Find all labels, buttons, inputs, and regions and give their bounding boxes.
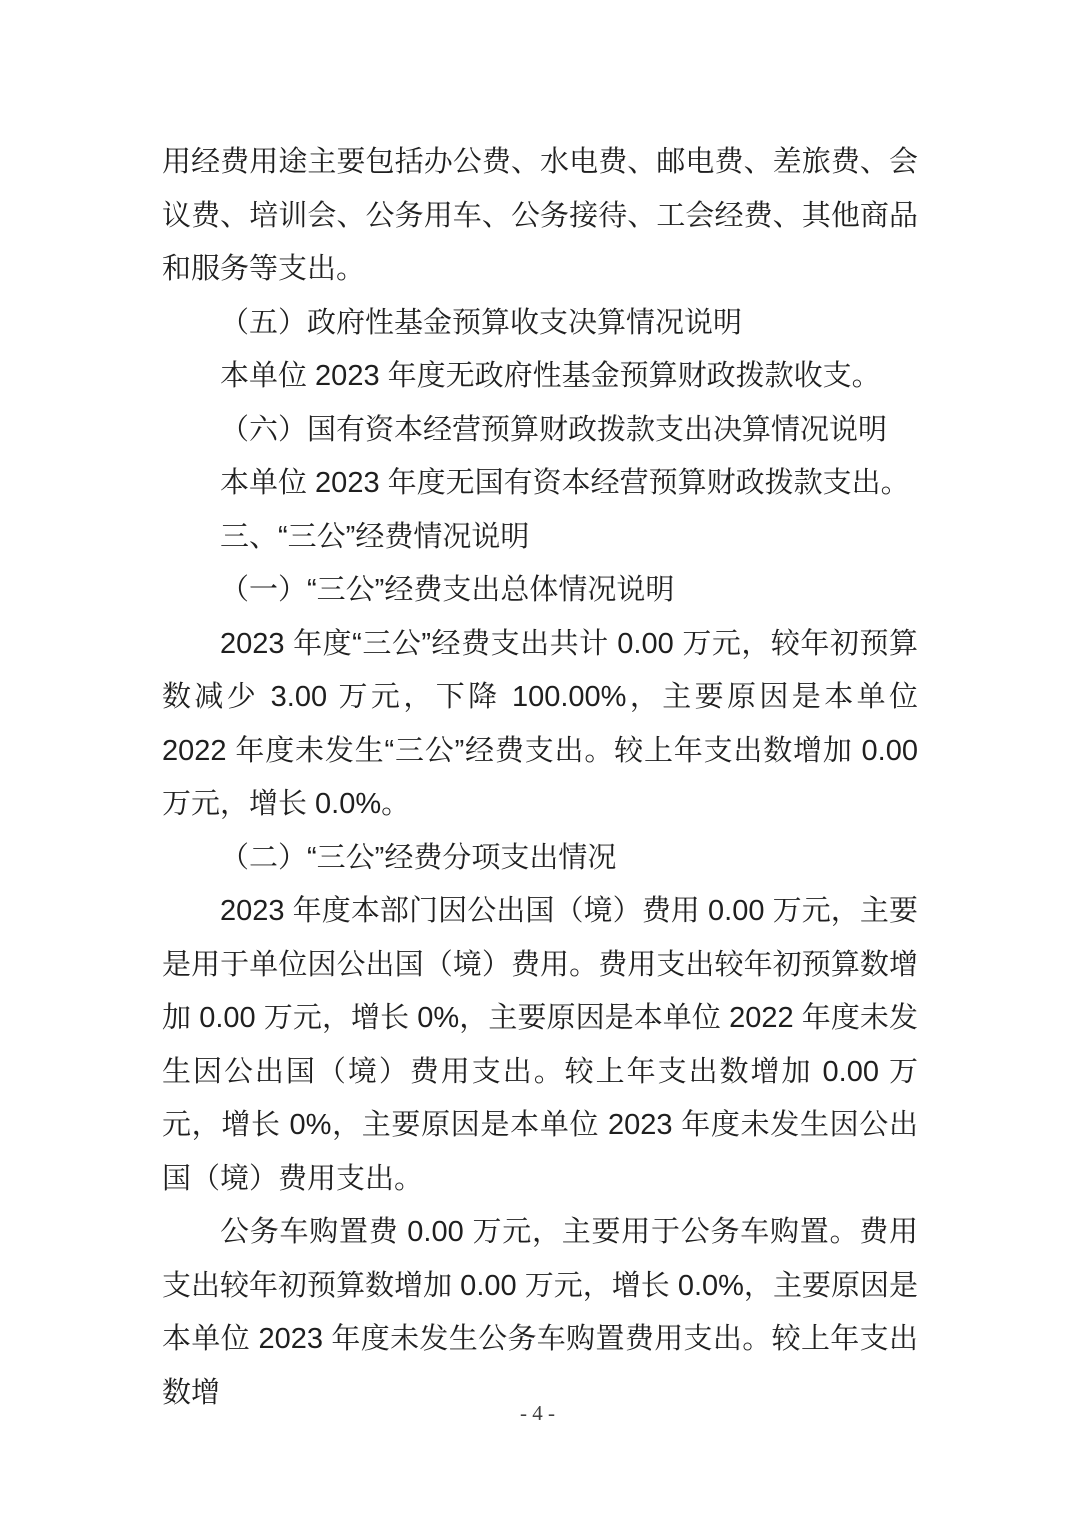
paragraph-overall-situation: 2023 年度“三公”经费支出共计 0.00 万元，较年初预算数减少 3.00 … (162, 618, 918, 832)
paragraph-state-capital-budget: 本单位 2023 年度无国有资本经营预算财政拨款支出。 (162, 457, 918, 511)
heading-state-capital-budget: （六）国有资本经营预算财政拨款支出决算情况说明 (162, 404, 918, 458)
heading-itemized-expenses: （二）“三公”经费分项支出情况 (162, 832, 918, 886)
paragraph-daily-expense-continuation: 用经费用途主要包括办公费、水电费、邮电费、差旅费、会议费、培训会、公务用车、公务… (162, 136, 918, 297)
heading-overall-situation: （一）“三公”经费支出总体情况说明 (162, 564, 918, 618)
document-page: 用经费用途主要包括办公费、水电费、邮电费、差旅费、会议费、培训会、公务用车、公务… (0, 0, 1075, 1520)
page-number: - 4 - (0, 1398, 1075, 1428)
heading-three-public-expenses: 三、“三公”经费情况说明 (162, 511, 918, 565)
paragraph-overseas-travel: 2023 年度本部门因公出国（境）费用 0.00 万元，主要是用于单位因公出国（… (162, 885, 918, 1206)
heading-gov-fund-budget: （五）政府性基金预算收支决算情况说明 (162, 297, 918, 351)
document-text-block: 用经费用途主要包括办公费、水电费、邮电费、差旅费、会议费、培训会、公务用车、公务… (162, 136, 918, 1420)
paragraph-gov-fund-budget: 本单位 2023 年度无政府性基金预算财政拨款收支。 (162, 350, 918, 404)
paragraph-official-vehicle: 公务车购置费 0.00 万元，主要用于公务车购置。费用支出较年初预算数增加 0.… (162, 1206, 918, 1420)
